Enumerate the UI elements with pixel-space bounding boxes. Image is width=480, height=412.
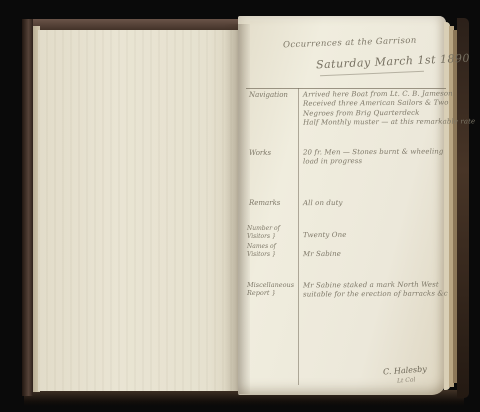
row-entry: Mr Sabine staked a mark North West suita…	[303, 280, 448, 300]
row-label: Names of Visitors }	[247, 243, 276, 259]
row-entry: 20 fr. Men — Stones burnt & wheeling loa…	[303, 148, 444, 168]
book-cover-left-edge	[22, 19, 33, 396]
row-label: Navigation	[249, 91, 288, 99]
row-entry: Twenty One	[303, 231, 347, 241]
entry-line: Mr Sabine	[303, 250, 341, 260]
book-gutter-shadow	[224, 24, 250, 394]
label-line: Number of	[247, 225, 280, 233]
row-entry: All on duty	[303, 199, 343, 209]
label-line: Names of	[247, 243, 276, 251]
entry-line: 20 fr. Men — Stones burnt & wheeling	[303, 148, 444, 158]
row-label: Works	[249, 149, 271, 157]
label-line: Miscellaneous	[247, 281, 294, 289]
row-label: Remarks	[249, 199, 280, 207]
row-entry: Mr Sabine	[303, 250, 341, 260]
row-label: Number of Visitors }	[247, 225, 280, 241]
left-blank-page	[38, 30, 238, 391]
label-line: Visitors }	[247, 251, 276, 259]
signature-rank: Lt Col	[397, 376, 416, 384]
book-cover-right-edge	[457, 18, 469, 398]
entry-line: Twenty One	[303, 231, 347, 241]
entry-line: All on duty	[303, 199, 343, 209]
entry-line: load in progress	[303, 157, 444, 167]
photo-of-open-ledger-book: Occurrences at the Garrison Saturday Mar…	[0, 0, 480, 412]
row-entry: Arrived here Boat from Lt. C. B. Jameson…	[303, 89, 475, 128]
label-line: Visitors }	[247, 233, 280, 241]
column-divider-rule	[298, 88, 299, 385]
entry-line: Half Monthly muster — at this remarkable…	[303, 118, 475, 129]
entry-line: suitable for the erection of barracks &c	[303, 290, 448, 300]
label-line: Report }	[247, 289, 294, 297]
row-label: Miscellaneous Report }	[247, 281, 294, 297]
